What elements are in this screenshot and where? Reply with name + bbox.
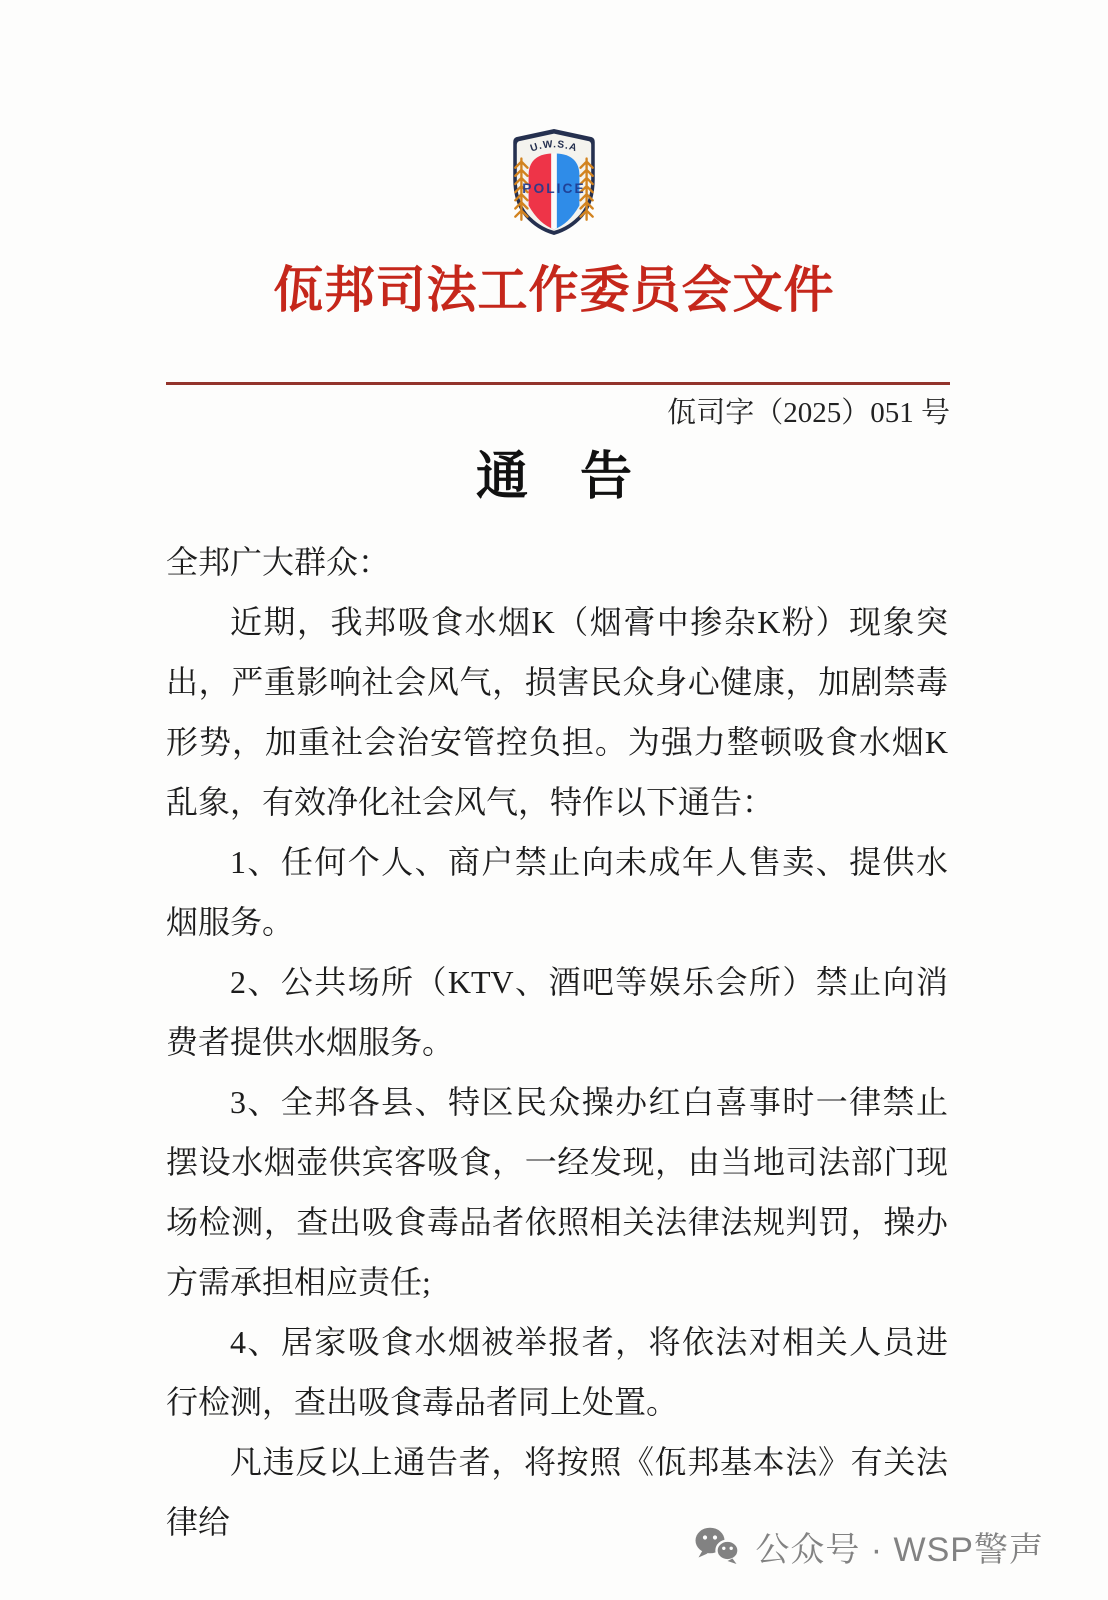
paragraph-list: 近期，我邦吸食水烟K（烟膏中掺杂K粉）现象突出，严重影响社会风气，损害民众身心健… [166,592,948,1552]
badge-police-text: POLICE [522,181,585,196]
salutation: 全邦广大群众： [166,532,948,592]
notice-paragraph: 3、全邦各县、特区民众操办红白喜事时一律禁止摆设水烟壶供宾客吸食，一经发现，由当… [166,1072,948,1312]
watermark: 公众号 · WSP警声 [693,1522,1044,1571]
wechat-icon [693,1526,741,1568]
document-page: U.W.S.A POLICE 佤邦司法工作委员会文件 佤司字（2025）051 … [0,0,1108,1600]
doc-number: 佤司字（2025）051 号 [166,395,950,431]
notice-paragraph: 4、居家吸食水烟被举报者，将依法对相关人员进行检测，查出吸食毒品者同上处置。 [166,1312,948,1432]
notice-paragraph: 1、任何个人、商户禁止向未成年人售卖、提供水烟服务。 [166,832,948,952]
notice-title: 通 告 [0,447,1108,509]
notice-body: 全邦广大群众： 近期，我邦吸食水烟K（烟膏中掺杂K粉）现象突出，严重影响社会风气… [166,532,948,1552]
watermark-label: 公众号 · WSP警声 [755,1522,1044,1571]
notice-paragraph: 2、公共场所（KTV、酒吧等娱乐会所）禁止向消费者提供水烟服务。 [166,952,948,1072]
letterhead-rule [166,382,950,385]
uwsa-police-badge-icon: U.W.S.A POLICE [503,128,605,236]
org-title: 佤邦司法工作委员会文件 [0,260,1108,320]
notice-paragraph: 近期，我邦吸食水烟K（烟膏中掺杂K粉）现象突出，严重影响社会风气，损害民众身心健… [166,592,948,832]
